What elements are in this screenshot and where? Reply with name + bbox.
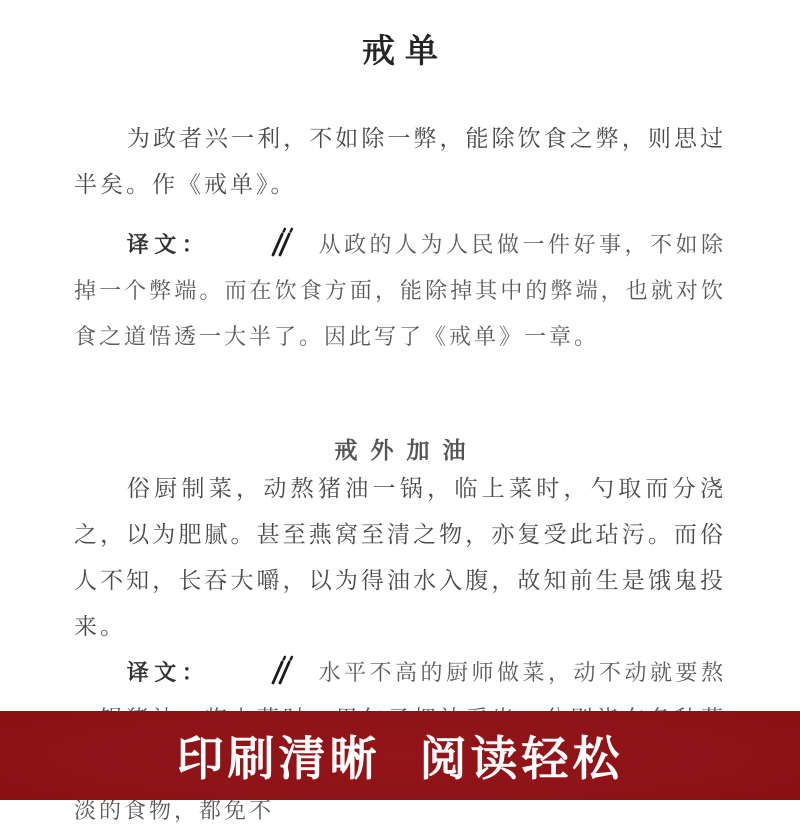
classical-paragraph-1: 为政者兴一利，不如除一弊，能除饮食之弊，则思过半矣。作《戒单》。 [74, 116, 726, 208]
book-page: 戒单 为政者兴一利，不如除一弊，能除饮食之弊，则思过半矣。作《戒单》。 译文： … [0, 0, 800, 800]
chapter-title: 戒单 [74, 30, 726, 74]
promo-banner-text: 印刷清晰 阅读轻松 [176, 722, 623, 789]
section-heading: 戒外加油 [74, 436, 726, 466]
pen-icon [217, 227, 296, 257]
classical-paragraph-2: 俗厨制菜，动熬猪油一锅，临上菜时，勺取而分浇之，以为肥腻。甚至燕窝至清之物，亦复… [74, 466, 726, 650]
translation-label: 译文： [127, 660, 209, 685]
pen-icon [217, 655, 296, 685]
promo-banner: 印刷清晰 阅读轻松 [0, 711, 800, 800]
translation-label: 译文： [127, 232, 209, 257]
translation-block-1: 译文： 从政的人为人民做一件好事，不如除掉一个弊端。而在饮食方面，能除掉其中的弊… [74, 222, 726, 360]
